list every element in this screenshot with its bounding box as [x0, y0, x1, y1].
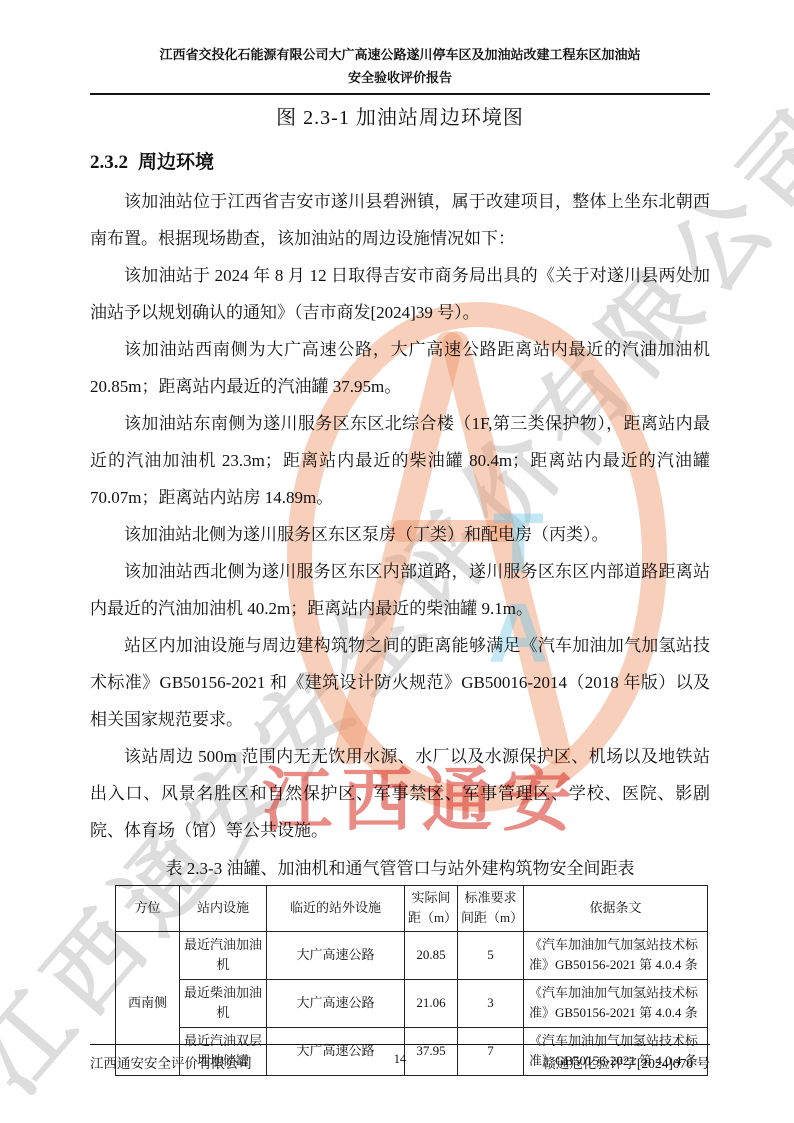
report-page: 江西通安安全评价有限公司 T A 江西通安 江西省交投化石能源有限公司大广高速公…: [0, 0, 794, 1123]
table-caption: 表 2.3-3 油罐、加油机和通气管管口与站外建构筑物安全间距表: [90, 854, 710, 879]
outside-facility-cell: 大广高速公路: [267, 931, 405, 979]
paragraph: 该加油站于 2024 年 8 月 12 日取得吉安市商务局出具的《关于对遂川县两…: [90, 257, 710, 331]
paragraph: 站区内加油设施与周边建构筑物之间的距离能够满足《汽车加油加气加氢站技术标准》GB…: [90, 627, 710, 738]
outside-facility-cell: 大广高速公路: [267, 979, 405, 1027]
section-title: 周边环境: [138, 152, 214, 173]
paragraph: 该加油站东南侧为遂川服务区东区北综合楼（1F,第三类保护物），距离站内最近的汽油…: [90, 405, 710, 516]
header-report-title: 安全验收评价报告: [90, 67, 710, 90]
paragraph: 该加油站位于江西省吉安市遂川县碧洲镇，属于改建项目，整体上坐东北朝西南布置。根据…: [90, 183, 710, 257]
footer-doc-number: 赣通危化验评字[2024]070 号: [542, 1052, 710, 1072]
facility-cell: 最近汽油加油机: [180, 931, 267, 979]
col-header-direction: 方位: [116, 885, 180, 931]
paragraph: 该加油站西北侧为遂川服务区东区内部道路，遂川服务区东区内部道路距离站内最近的汽油…: [90, 553, 710, 627]
basis-cell: 《汽车加油加气加氢站技术标准》GB50156-2021 第 4.0.4 条: [524, 931, 708, 979]
page-number: 14: [394, 1052, 407, 1067]
section-heading: 2.3.2周边环境: [90, 147, 710, 174]
col-header-required-distance: 标准要求间距（m）: [458, 885, 524, 931]
body-text: 该加油站位于江西省吉安市遂川县碧洲镇，属于改建项目，整体上坐东北朝西南布置。根据…: [90, 183, 710, 849]
col-header-station-facility: 站内设施: [180, 885, 267, 931]
page-header: 江西省交投化石能源有限公司大广高速公路遂川停车区及加油站改建工程东区加油站 安全…: [90, 44, 710, 95]
paragraph: 该加油站北侧为遂川服务区东区泵房（丁类）和配电房（丙类）。: [90, 516, 710, 553]
footer-company: 江西通安安全评价有限公司: [90, 1052, 252, 1072]
col-header-basis: 依据条文: [524, 885, 708, 931]
col-header-outside-facility: 临近的站外设施: [267, 885, 405, 931]
paragraph: 该加油站西南侧为大广高速公路，大广高速公路距离站内最近的汽油加油机 20.85m…: [90, 331, 710, 405]
actual-distance-cell: 20.85: [405, 931, 458, 979]
required-distance-cell: 3: [458, 979, 524, 1027]
page-content: 江西省交投化石能源有限公司大广高速公路遂川停车区及加油站改建工程东区加油站 安全…: [90, 44, 710, 1076]
table-row: 最近柴油加油机 大广高速公路 21.06 3 《汽车加油加气加氢站技术标准》GB…: [116, 979, 708, 1027]
table-header-row: 方位 站内设施 临近的站外设施 实际间距（m） 标准要求间距（m） 依据条文: [116, 885, 708, 931]
facility-cell: 最近柴油加油机: [180, 979, 267, 1027]
actual-distance-cell: 21.06: [405, 979, 458, 1027]
required-distance-cell: 5: [458, 931, 524, 979]
page-footer: 江西通安安全评价有限公司 14 赣通危化验评字[2024]070 号: [90, 1044, 710, 1072]
table-row: 西南侧 最近汽油加油机 大广高速公路 20.85 5 《汽车加油加气加氢站技术标…: [116, 931, 708, 979]
col-header-actual-distance: 实际间距（m）: [405, 885, 458, 931]
header-project-title: 江西省交投化石能源有限公司大广高速公路遂川停车区及加油站改建工程东区加油站: [90, 44, 710, 67]
basis-cell: 《汽车加油加气加氢站技术标准》GB50156-2021 第 4.0.4 条: [524, 979, 708, 1027]
section-number: 2.3.2: [90, 152, 128, 173]
figure-caption: 图 2.3-1 加油站周边环境图: [90, 101, 710, 130]
paragraph: 该站周边 500m 范围内无无饮用水源、水厂以及水源保护区、机场以及地铁站出入口…: [90, 738, 710, 849]
